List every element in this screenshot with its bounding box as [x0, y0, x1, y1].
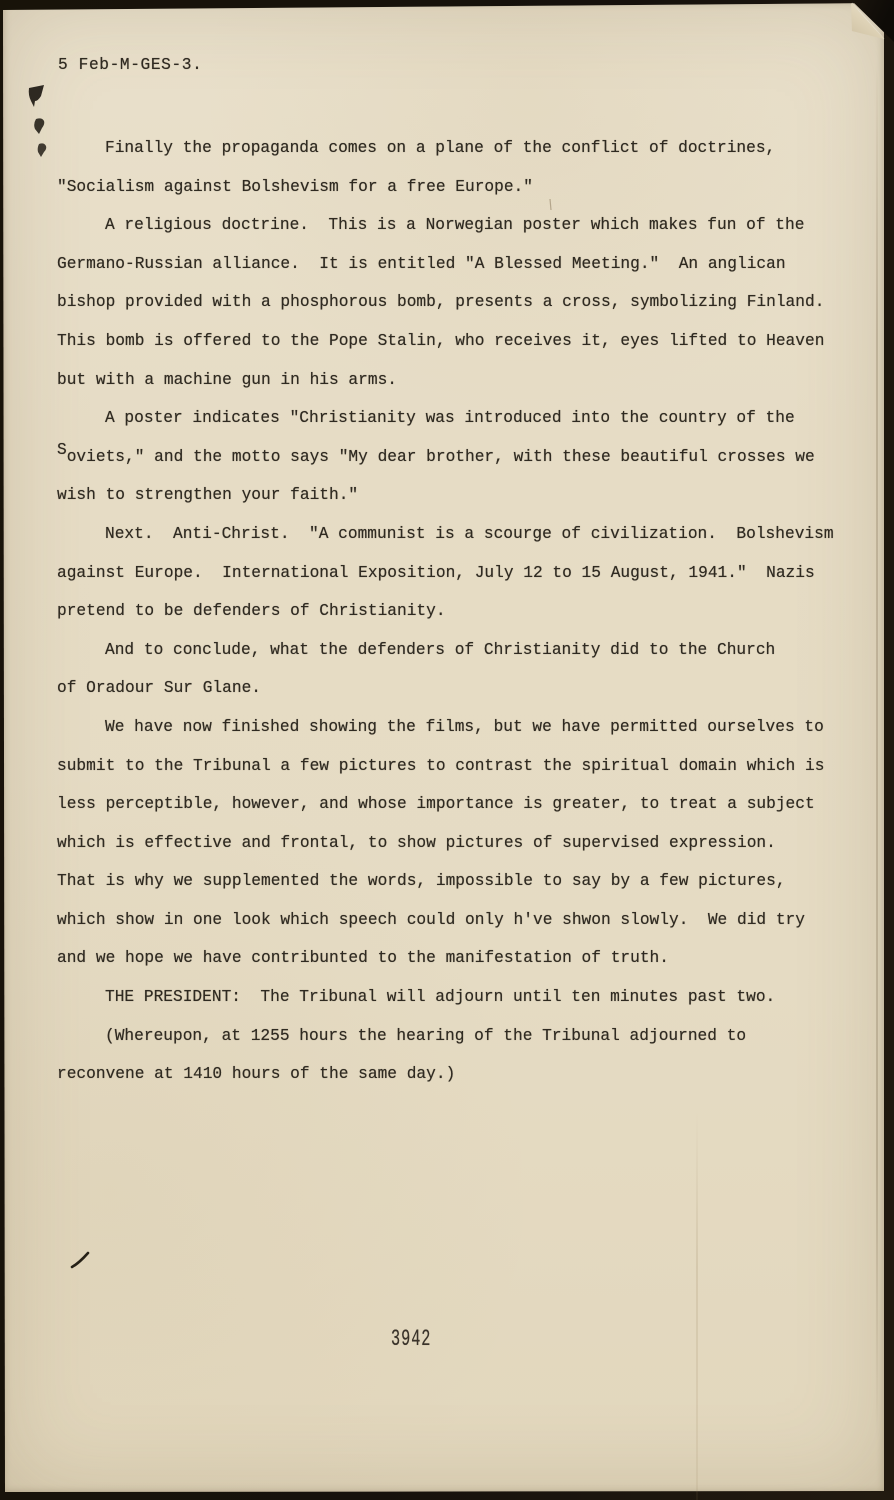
photograph-background: 5 Feb-M-GES-3. Finally the propaganda co…	[0, 0, 894, 1500]
text-line-rest: oviets," and the motto says "My dear bro…	[67, 448, 815, 466]
text-line: bishop provided with a phosphorous bomb,…	[57, 283, 834, 322]
text-line: which show in one look which speech coul…	[57, 901, 834, 940]
text-line: A poster indicates "Christianity was int…	[57, 399, 834, 438]
paper-edge-crease	[876, 60, 878, 1440]
text-line: of Oradour Sur Glane.	[57, 669, 834, 708]
text-line: but with a machine gun in his arms.	[57, 361, 834, 400]
text-line: A religious doctrine. This is a Norwegia…	[57, 206, 834, 245]
text-line: (Whereupon, at 1255 hours the hearing of…	[57, 1017, 834, 1056]
text-line: pretend to be defenders of Christianity.	[57, 592, 834, 631]
text-line: reconvene at 1410 hours of the same day.…	[57, 1055, 834, 1094]
text-line: And to conclude, what the defenders of C…	[57, 631, 834, 670]
text-line: and we hope we have contribunted to the …	[57, 939, 834, 978]
document-body: Finally the propaganda comes on a plane …	[57, 129, 834, 1094]
text-line: against Europe. International Exposition…	[57, 554, 834, 593]
text-line: wish to strengthen your faith."	[57, 476, 834, 515]
text-line: Soviets," and the motto says "My dear br…	[57, 438, 834, 477]
paper-crease	[696, 1110, 698, 1500]
page-number: 3942	[391, 1326, 431, 1352]
text-line: Next. Anti-Christ. "A communist is a sco…	[57, 515, 834, 554]
document-header: 5 Feb-M-GES-3.	[58, 56, 202, 74]
text-line: Finally the propaganda comes on a plane …	[57, 129, 834, 168]
raised-letter: S	[57, 441, 67, 459]
text-line: Germano-Russian alliance. It is entitled…	[57, 245, 834, 284]
text-line: We have now finished showing the films, …	[57, 708, 834, 747]
text-line: less perceptible, however, and whose imp…	[57, 785, 834, 824]
text-line: That is why we supplemented the words, i…	[57, 862, 834, 901]
text-line: "Socialism against Bolshevism for a free…	[57, 168, 834, 207]
text-line: This bomb is offered to the Pope Stalin,…	[57, 322, 834, 361]
text-line: which is effective and frontal, to show …	[57, 824, 834, 863]
text-line: submit to the Tribunal a few pictures to…	[57, 747, 834, 786]
text-line: THE PRESIDENT: The Tribunal will adjourn…	[57, 978, 834, 1017]
